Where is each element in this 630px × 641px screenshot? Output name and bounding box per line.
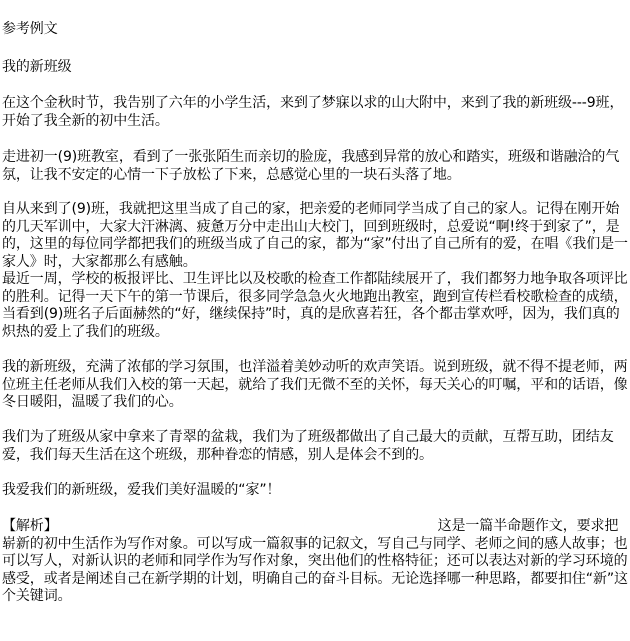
paragraph-7: 我爱我们的新班级，爱我们美好温暖的“家”！ (2, 482, 628, 500)
paragraph-4: 最近一周，学校的板报评比、卫生评比以及校歌的检查工作都陆续展开了，我们都努力地争… (2, 271, 628, 341)
paragraph-3: 自从来到了(9)班，我就把这里当成了自己的家，把亲爱的老师同学当成了自己的家人。… (2, 201, 628, 271)
analysis-text: 这是一篇半命题作文，要求把崭新的初中生活作为写作对象。可以写成一篇叙事的记叙文，… (2, 518, 628, 604)
paragraph-2: 走进初一(9)班教室，看到了一张张陌生而亲切的脸庞，我感到异常的放心和踏实，班级… (2, 149, 628, 184)
analysis-section: 【解析】这是一篇半命题作文，要求把崭新的初中生活作为写作对象。可以写成一篇叙事的… (2, 518, 628, 606)
paragraph-5: 我的新班级，充满了浓郁的学习氛围，也洋溢着美妙动听的欢声笑语。说到班级，就不得不… (2, 359, 628, 412)
paragraph-6: 我们为了班级从家中拿来了青翠的盆栽，我们为了班级都做出了自己最大的贡献，互帮互助… (2, 429, 628, 464)
analysis-label: 【解析】 (2, 518, 58, 534)
essay-title: 我的新班级 (2, 59, 628, 77)
section-heading: 参考例文 (2, 21, 628, 39)
paragraph-1: 在这个金秋时节，我告别了六年的小学生活，来到了梦寐以求的山大附中，来到了我的新班… (2, 95, 628, 130)
